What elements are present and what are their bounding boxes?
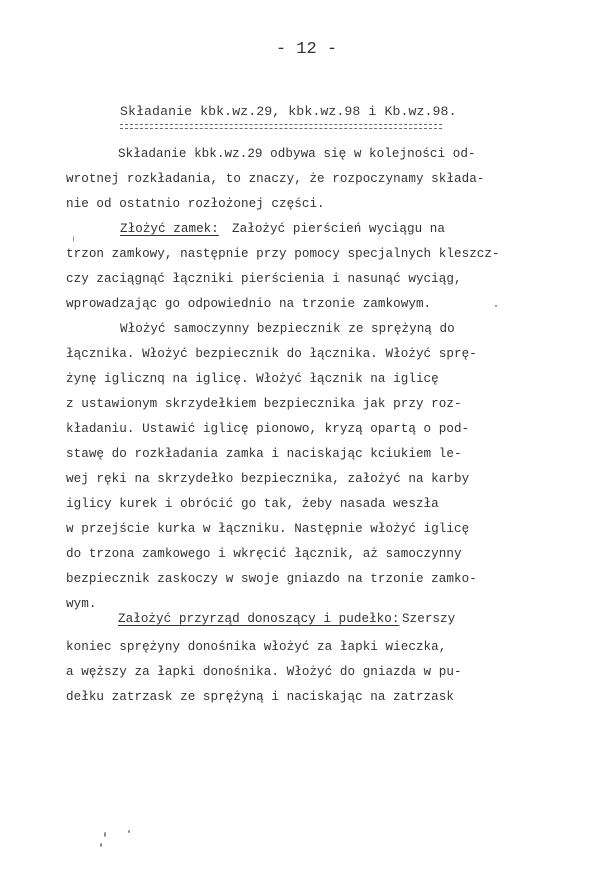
text-line: żynę iglicznq na iglicę. Włożyć łącznik … xyxy=(66,372,439,386)
scan-speck xyxy=(104,832,106,837)
text-line: do trzona zamkowego i wkręcić łącznik, a… xyxy=(66,547,462,561)
text-line: Składanie kbk.wz.29 odbywa się w kolejno… xyxy=(118,147,476,161)
scan-speck xyxy=(100,843,102,847)
text-line: nie od ostatnio rozłożonej części. xyxy=(66,197,325,211)
scan-speck xyxy=(495,305,497,307)
text-line: łącznika. Włożyć bezpiecznik do łącznika… xyxy=(66,347,477,361)
scan-speck xyxy=(73,236,74,242)
text-line: wrotnej rozkładania, to znaczy, że rozpo… xyxy=(66,172,484,186)
text-line: kładaniu. Ustawić iglicę pionowo, kryzą … xyxy=(66,422,469,436)
text-line: a węższy za łapki donośnika. Włożyć do g… xyxy=(66,665,462,679)
section-title: Składanie kbk.wz.29, kbk.wz.98 i Kb.wz.9… xyxy=(120,104,457,119)
text-line: wej ręki na skrzydełko bezpiecznika, zał… xyxy=(66,472,469,486)
text-line: koniec sprężyny donośnika włożyć za łapk… xyxy=(66,640,446,654)
text-line: stawę do rozkładania zamka i naciskając … xyxy=(66,447,462,461)
text-line: Założyć pierścień wyciągu na xyxy=(232,222,445,236)
text-line: bezpiecznik zaskoczy w swoje gniazdo na … xyxy=(66,572,477,586)
text-line: w przejście kurka w łączniku. Następnie … xyxy=(66,522,469,536)
text-line: z ustawionym skrzydełkiem bezpiecznika j… xyxy=(66,397,462,411)
subheading-zamek: Złożyć zamek: xyxy=(120,222,219,236)
text-line: iglicy kurek i obrócić go tak, żeby nasa… xyxy=(66,497,439,511)
text-line: trzon zamkowy, następnie przy pomocy spe… xyxy=(66,247,500,261)
text-line: wprowadzając go odpowiednio na trzonie z… xyxy=(66,297,431,311)
scan-speck xyxy=(128,830,130,833)
text-line: wym. xyxy=(66,597,96,611)
page-number: - 12 - xyxy=(0,40,613,59)
subheading-donosnik: Założyć przyrząd donoszący i pudełko: xyxy=(118,612,399,626)
text-line: Włożyć samoczynny bezpiecznik ze sprężyn… xyxy=(120,322,455,336)
text-line: Szerszy xyxy=(402,612,455,626)
title-double-underline xyxy=(120,124,442,129)
text-line: czy zaciągnąć łączniki pierścienia i nas… xyxy=(66,272,462,286)
text-line: dełku zatrzask ze sprężyną i naciskając … xyxy=(66,690,454,704)
